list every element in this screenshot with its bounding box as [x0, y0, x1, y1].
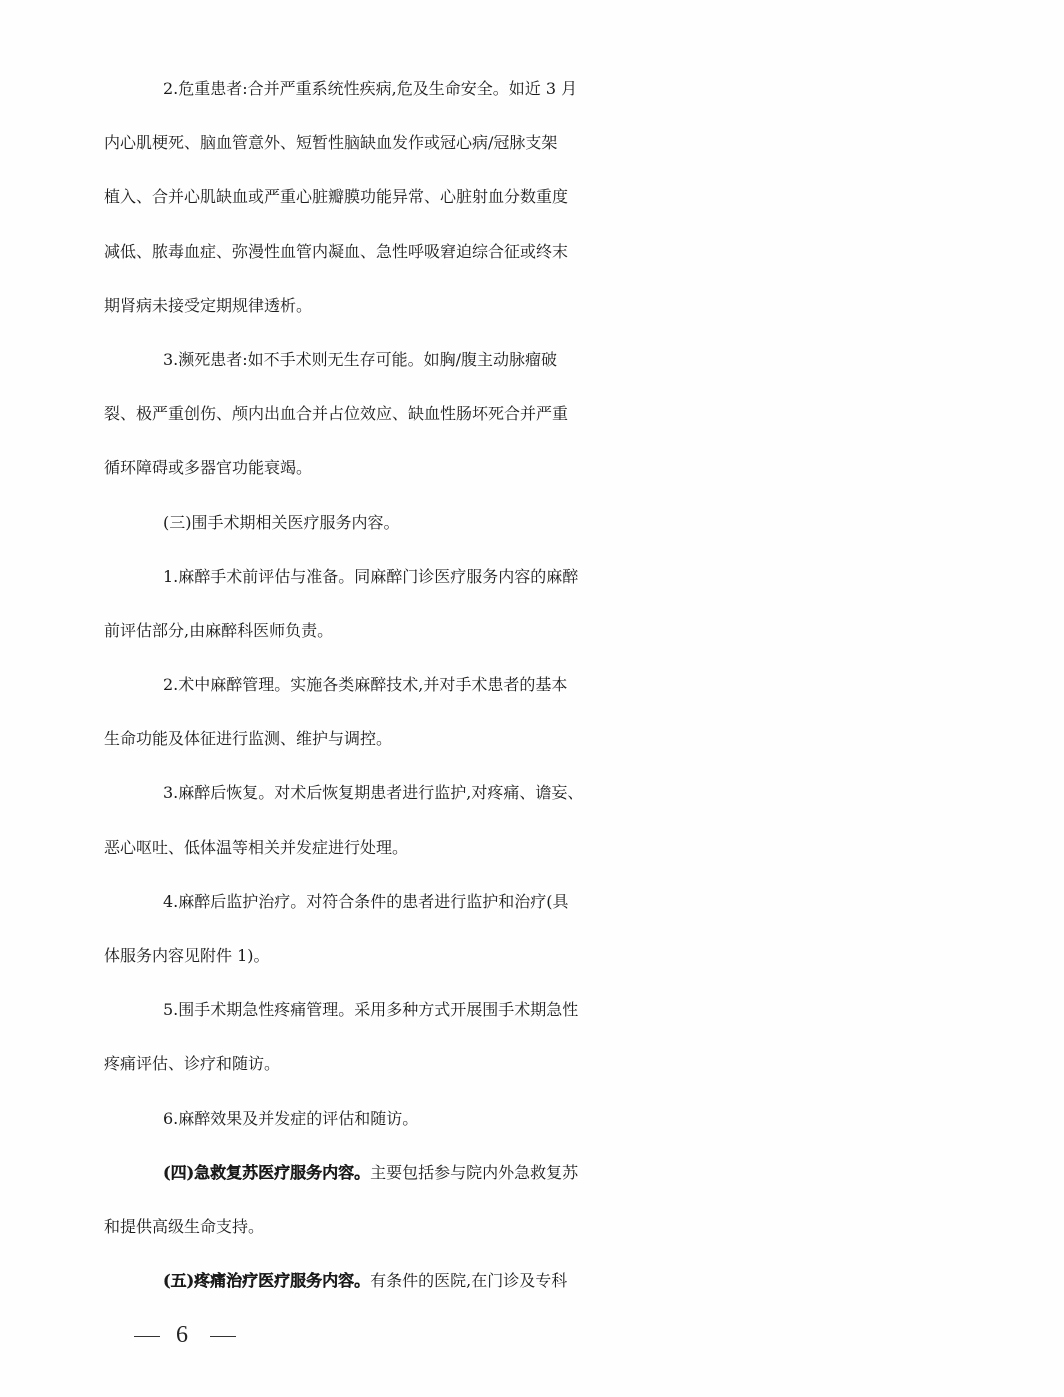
text-line: 2.危重患者:合并严重系统性疾病,危及生命安全。如近 3 月: [104, 76, 946, 130]
text-line: 4.麻醉后监护治疗。对符合条件的患者进行监护和治疗(具: [104, 889, 946, 943]
paragraph-acute-pain-management: 5.围手术期急性疼痛管理。采用多种方式开展围手术期急性 疼痛评估、诊疗和随访。: [104, 997, 946, 1105]
text-line: 5.围手术期急性疼痛管理。采用多种方式开展围手术期急性: [104, 997, 946, 1051]
paragraph-preop-assessment: 1.麻醉手术前评估与准备。同麻醉门诊医疗服务内容的麻醉 前评估部分,由麻醉科医师…: [104, 564, 946, 672]
text-line: 恶心呕吐、低体温等相关并发症进行处理。: [104, 835, 946, 889]
page-number: 6: [176, 1322, 194, 1348]
text-line: (五)疼痛治疗医疗服务内容。有条件的医院,在门诊及专科: [104, 1268, 946, 1322]
text-line: 6.麻醉效果及并发症的评估和随访。: [104, 1106, 946, 1160]
paragraph-intraop-management: 2.术中麻醉管理。实施各类麻醉技术,并对手术患者的基本 生命功能及体征进行监测、…: [104, 672, 946, 780]
text-line: 3.濒死患者:如不手术则无生存可能。如胸/腹主动脉瘤破: [104, 347, 946, 401]
section-heading-bold: (五)疼痛治疗医疗服务内容。: [163, 1271, 370, 1290]
text-line: 生命功能及体征进行监测、维护与调控。: [104, 726, 946, 780]
text-line: 循环障碍或多器官功能衰竭。: [104, 455, 946, 509]
section-pain-treatment: (五)疼痛治疗医疗服务内容。有条件的医院,在门诊及专科: [104, 1268, 946, 1322]
text-line: (四)急救复苏医疗服务内容。主要包括参与院内外急救复苏: [104, 1160, 946, 1214]
paragraph-complication-followup: 6.麻醉效果及并发症的评估和随访。: [104, 1106, 946, 1160]
text-span: 主要包括参与院内外急救复苏: [370, 1163, 578, 1182]
paragraph-critical-patients: 2.危重患者:合并严重系统性疾病,危及生命安全。如近 3 月 内心肌梗死、脑血管…: [104, 76, 946, 347]
paragraph-dying-patients: 3.濒死患者:如不手术则无生存可能。如胸/腹主动脉瘤破 裂、极严重创伤、颅内出血…: [104, 347, 946, 510]
text-line: 植入、合并心肌缺血或严重心脏瓣膜功能异常、心脏射血分数重度: [104, 184, 946, 238]
text-line: 期肾病未接受定期规律透析。: [104, 293, 946, 347]
text-line: 和提供高级生命支持。: [104, 1214, 946, 1268]
section-heading-bold: (四)急救复苏医疗服务内容。: [163, 1163, 370, 1182]
section-heading-perioperative: (三)围手术期相关医疗服务内容。: [104, 510, 946, 564]
section-emergency-resuscitation: (四)急救复苏医疗服务内容。主要包括参与院内外急救复苏 和提供高级生命支持。: [104, 1160, 946, 1268]
text-line: 1.麻醉手术前评估与准备。同麻醉门诊医疗服务内容的麻醉: [104, 564, 946, 618]
text-line: 裂、极严重创伤、颅内出血合并占位效应、缺血性肠坏死合并严重: [104, 401, 946, 455]
document-body: 2.危重患者:合并严重系统性疾病,危及生命安全。如近 3 月 内心肌梗死、脑血管…: [104, 76, 946, 1322]
text-line: 减低、脓毒血症、弥漫性血管内凝血、急性呼吸窘迫综合征或终末: [104, 239, 946, 293]
text-line: 2.术中麻醉管理。实施各类麻醉技术,并对手术患者的基本: [104, 672, 946, 726]
dash-decoration: [134, 1336, 160, 1337]
text-line: 前评估部分,由麻醉科医师负责。: [104, 618, 946, 672]
document-page: 2.危重患者:合并严重系统性疾病,危及生命安全。如近 3 月 内心肌梗死、脑血管…: [0, 0, 1064, 1397]
text-span: 有条件的医院,在门诊及专科: [370, 1271, 567, 1290]
text-line: 内心肌梗死、脑血管意外、短暂性脑缺血发作或冠心病/冠脉支架: [104, 130, 946, 184]
paragraph-postanesthesia-care: 4.麻醉后监护治疗。对符合条件的患者进行监护和治疗(具 体服务内容见附件 1)。: [104, 889, 946, 997]
page-footer: 6: [130, 1322, 240, 1349]
dash-decoration: [210, 1336, 236, 1337]
text-line: 体服务内容见附件 1)。: [104, 943, 946, 997]
text-line: 3.麻醉后恢复。对术后恢复期患者进行监护,对疼痛、谵妄、: [104, 780, 946, 834]
section-heading: (三)围手术期相关医疗服务内容。: [104, 510, 946, 564]
text-line: 疼痛评估、诊疗和随访。: [104, 1051, 946, 1105]
paragraph-postanesthesia-recovery: 3.麻醉后恢复。对术后恢复期患者进行监护,对疼痛、谵妄、 恶心呕吐、低体温等相关…: [104, 780, 946, 888]
